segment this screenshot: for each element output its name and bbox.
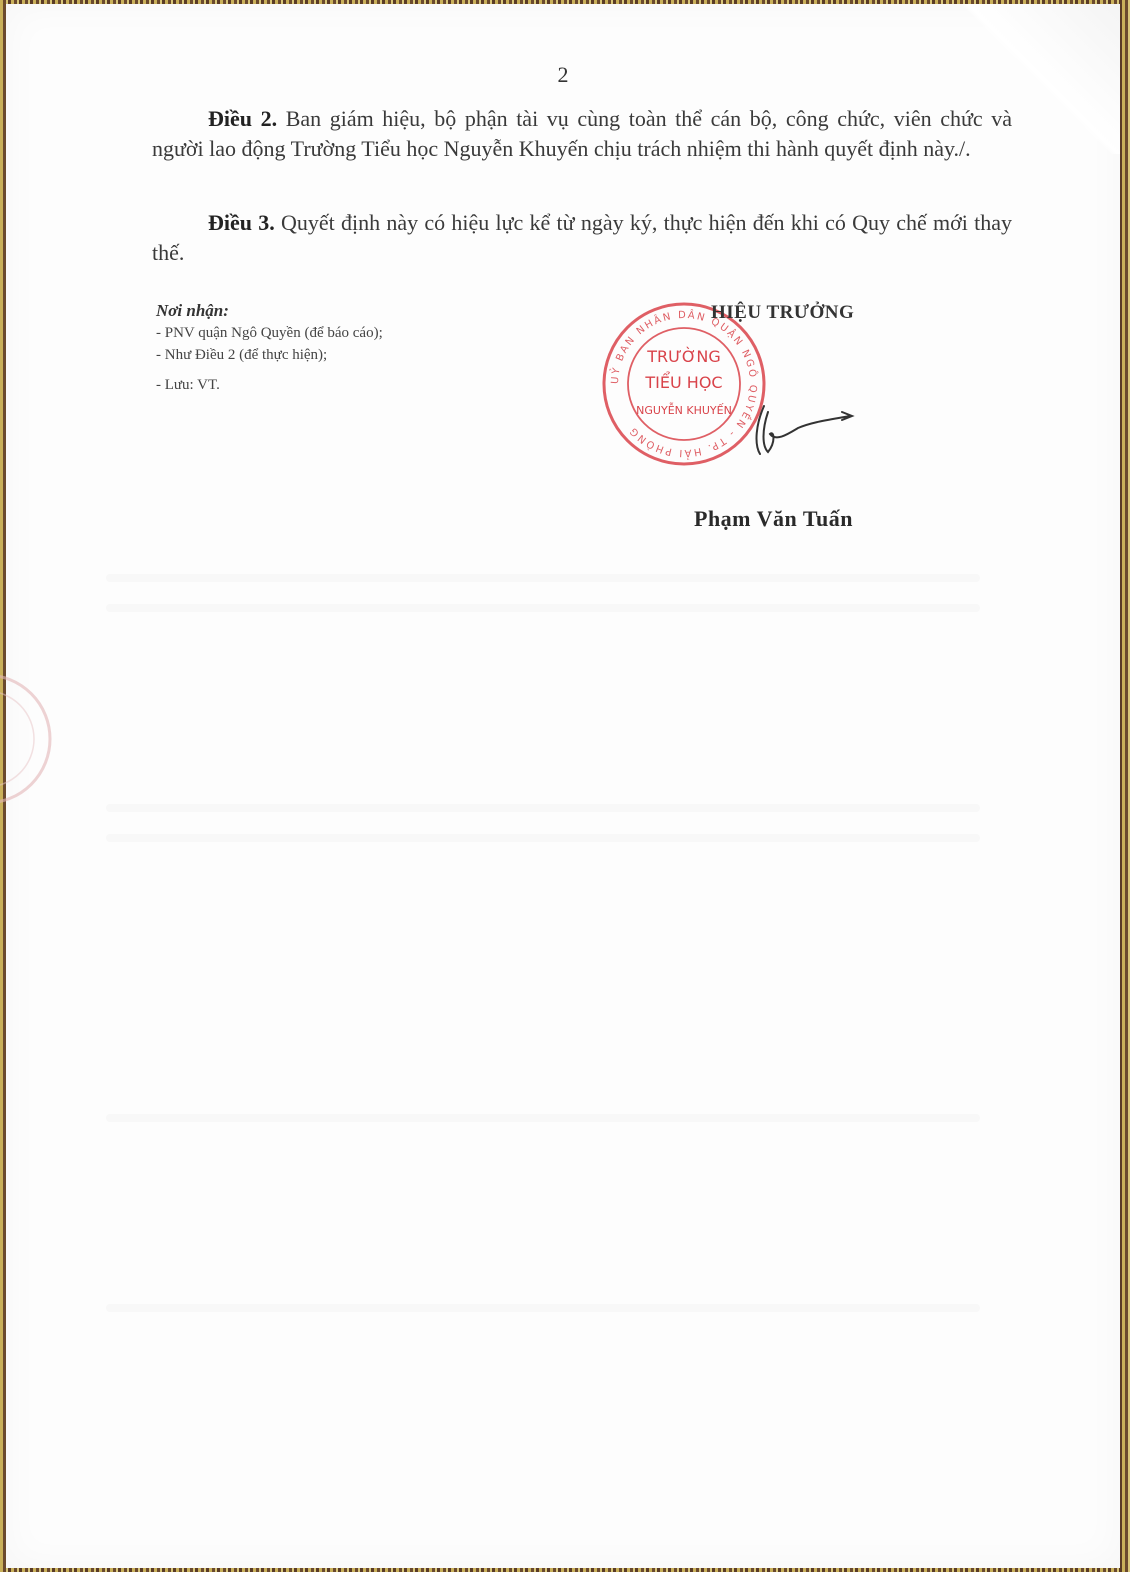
bleed-through-text xyxy=(106,804,980,812)
bleed-through-text xyxy=(106,604,980,612)
bleed-through-text xyxy=(106,1304,980,1312)
signer-name: Phạm Văn Tuấn xyxy=(694,506,853,532)
bleed-through-text xyxy=(106,574,980,582)
handwritten-signature xyxy=(746,394,856,464)
article-text: Quyết định này có hiệu lực kể từ ngày ký… xyxy=(152,210,1012,265)
document-page: 2 Điều 2. Ban giám hiệu, bộ phận tài vụ … xyxy=(6,4,1120,1568)
bleed-through-text xyxy=(106,834,980,842)
stamp-line: TRƯỜNG xyxy=(646,347,721,366)
article-2: Điều 2. Ban giám hiệu, bộ phận tài vụ cù… xyxy=(152,104,1012,164)
recipients-title: Nơi nhận: xyxy=(156,300,383,322)
recipients-block: Nơi nhận: - PNV quận Ngô Quyền (để báo c… xyxy=(156,300,383,396)
article-label: Điều 3. xyxy=(208,210,281,235)
article-3: Điều 3. Quyết định này có hiệu lực kể từ… xyxy=(152,208,1012,268)
recipient-item: - Lưu: VT. xyxy=(156,374,383,396)
stamp-line: NGUYỄN KHUYẾN xyxy=(636,402,732,417)
article-label: Điều 2. xyxy=(208,106,286,131)
official-stamp: UỶ BAN NHÂN DÂN QUẬN NGÔ QUYỀN - TP. HẢI… xyxy=(600,300,768,468)
faint-stamp-bleed-icon xyxy=(0,669,56,809)
bleed-through-text xyxy=(106,1114,980,1122)
signature-title: HIỆU TRƯỞNG xyxy=(711,302,854,324)
stamp-line: TIỂU HỌC xyxy=(644,371,722,392)
page-number: 2 xyxy=(6,62,1120,88)
recipient-item: - Như Điều 2 (để thực hiện); xyxy=(156,344,383,366)
recipient-item: - PNV quận Ngô Quyền (để báo cáo); xyxy=(156,322,383,344)
